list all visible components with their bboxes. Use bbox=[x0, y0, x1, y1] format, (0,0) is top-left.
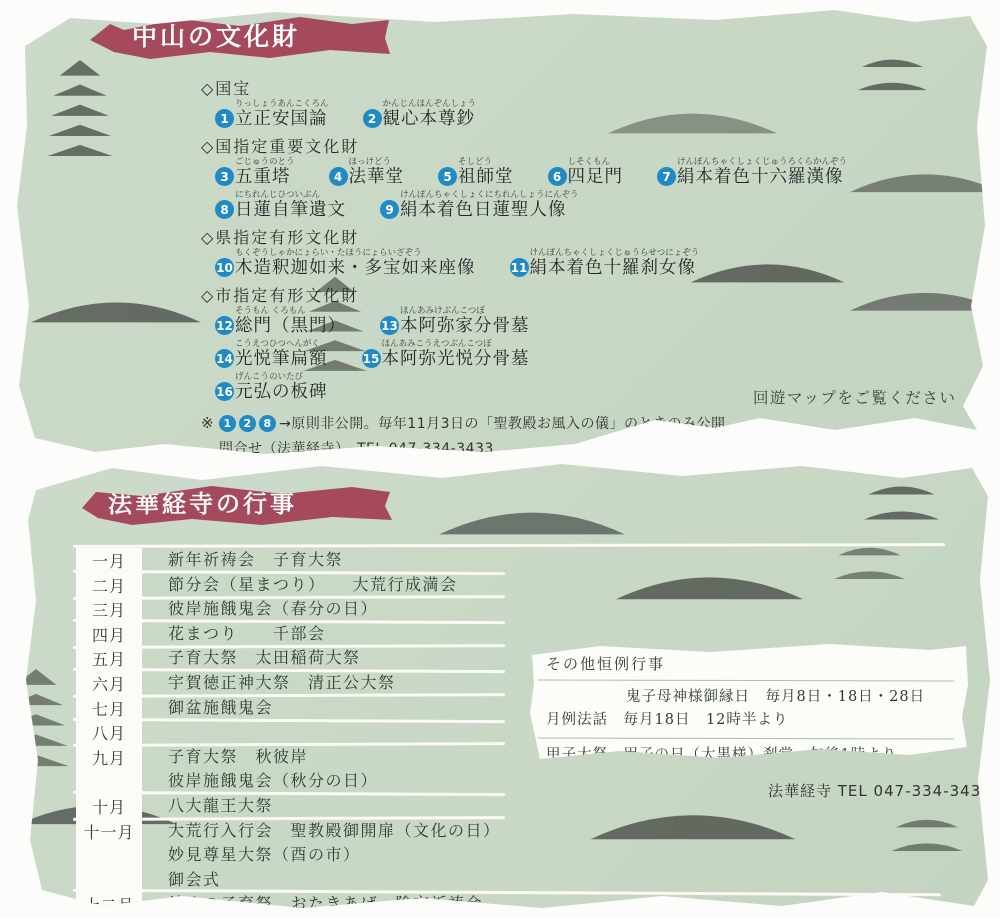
item-name: 木造釈迦如来・多宝如来座像 bbox=[235, 258, 476, 279]
heritage-item: 4 ほっけどう法華堂 bbox=[329, 158, 405, 188]
other-events-title: その他恒例行事 bbox=[546, 653, 954, 674]
item-furigana: げんこうのいたび bbox=[235, 373, 303, 382]
item-furigana: しそくもん bbox=[568, 158, 611, 167]
item-number-badge: 15 bbox=[362, 349, 381, 368]
section-title-banner: 法華経寺の行事 bbox=[82, 484, 394, 526]
temple-phone-contact: 法華経寺 TEL 047-334-3433 bbox=[768, 780, 992, 801]
month-cell: 十一月 bbox=[76, 819, 142, 893]
item-furigana: にちれんじひついぶん bbox=[235, 191, 320, 200]
heritage-item: 5 そしどう祖師堂 bbox=[438, 158, 514, 188]
item-furigana: けんぽんちゃくしょくにちれんしょうにんぞう bbox=[400, 191, 579, 200]
heritage-item: 12 そうもん くろもん総門（黒門） bbox=[215, 307, 346, 337]
item-name: 本阿弥家分骨墓 bbox=[400, 316, 530, 337]
other-event-entry: 月例法話 毎月18日 12時半より bbox=[546, 709, 954, 732]
category-heading-national-important: ◇国指定重要文化財 bbox=[201, 137, 981, 157]
note-contact: 問合せ（法華経寺） TEL 047-334-3433 bbox=[219, 438, 981, 458]
item-furigana: ごじゅうのとう bbox=[235, 158, 295, 167]
box-divider bbox=[538, 679, 954, 681]
month-cell: 九月 bbox=[76, 745, 142, 794]
month-cell: 七月 bbox=[76, 696, 142, 721]
item-name: 四足門 bbox=[568, 167, 624, 188]
event-text: 妙見尊星大祭（酉の市） bbox=[168, 843, 501, 868]
item-name: 法華堂 bbox=[349, 167, 405, 188]
section-title: 法華経寺の行事 bbox=[108, 490, 297, 518]
note-number-badge: 8 bbox=[259, 415, 276, 432]
month-cell: 六月 bbox=[76, 671, 142, 696]
item-furigana: こうえつひつへんがく bbox=[235, 340, 320, 349]
item-furigana: ほっけどう bbox=[349, 158, 392, 167]
item-number-badge: 14 bbox=[215, 349, 234, 368]
note-number-badge: 1 bbox=[219, 415, 236, 432]
item-line: 1 りっしょうあんこくろん立正安国論 2 かんじんほんぞんしょう観心本尊鈔 bbox=[215, 100, 981, 130]
row-divider bbox=[73, 914, 633, 918]
event-text: 節分会（星まつり） 大荒行成満会 bbox=[168, 573, 458, 598]
heritage-item: 13 ほんあみけぶんこつぼ本阿弥家分骨墓 bbox=[380, 307, 530, 337]
item-furigana: かんじんほんぞんしょう bbox=[383, 100, 477, 109]
heritage-item: 3 ごじゅうのとう五重塔 bbox=[215, 158, 295, 188]
item-line: 14 こうえつひつへんがく光悦筆扁額 15 ほんあみこうえつぶんこつぼ本阿弥光悦… bbox=[215, 340, 981, 370]
item-furigana: もくぞうしゃかにょらい・たほうにょらいざぞう bbox=[235, 249, 422, 258]
table-row: 十二月 納めの子育祭 おたきあげ 除夜祈祷会 bbox=[76, 892, 966, 917]
item-number-badge: 11 bbox=[510, 258, 529, 277]
section-title: 中山の文化財 bbox=[132, 22, 300, 51]
pagoda-illustration bbox=[45, 51, 115, 241]
item-number-badge: 7 bbox=[657, 167, 676, 186]
event-text: 大荒行入行会 聖教殿御開扉（文化の日） bbox=[168, 819, 501, 844]
item-number-badge: 13 bbox=[380, 316, 399, 335]
event-text: 子育大祭 秋彼岸 bbox=[168, 745, 378, 770]
event-text: 花まつり 千部会 bbox=[168, 622, 326, 647]
event-text: 宇賀徳正神大祭 清正公大祭 bbox=[168, 671, 396, 696]
month-cell: 八月 bbox=[76, 720, 142, 745]
item-number-badge: 9 bbox=[380, 200, 399, 219]
category-heading-prefectural: ◇県指定有形文化財 bbox=[201, 228, 981, 248]
month-cell: 四月 bbox=[76, 622, 142, 647]
table-row: 四月 花まつり 千部会 bbox=[76, 622, 966, 647]
heritage-item: 7 けんぽんちゃくしょくじゅうろくらかんぞう絹本着色十六羅漢像 bbox=[657, 158, 847, 188]
item-name: 元弘の板碑 bbox=[235, 382, 328, 403]
heritage-item: 16 げんこうのいたび元弘の板碑 bbox=[215, 373, 328, 403]
item-name: 立正安国論 bbox=[235, 109, 328, 130]
item-name: 総門（黒門） bbox=[235, 316, 346, 337]
heritage-item: 6 しそくもん四足門 bbox=[548, 158, 624, 188]
table-row: 十一月 大荒行入行会 聖教殿御開扉（文化の日） 妙見尊星大祭（酉の市） 御会式 bbox=[76, 819, 966, 893]
table-row: 一月 新年祈祷会 子育大祭 bbox=[76, 548, 966, 573]
month-cell: 一月 bbox=[76, 548, 142, 573]
item-line: 3 ごじゅうのとう五重塔 4 ほっけどう法華堂 5 そしどう祖師堂 6 しそくも… bbox=[215, 158, 981, 188]
item-furigana: そしどう bbox=[458, 158, 492, 167]
item-line: 12 そうもん くろもん総門（黒門） 13 ほんあみけぶんこつぼ本阿弥家分骨墓 bbox=[215, 307, 981, 337]
item-furigana: けんぽんちゃくしょくじゅうらせつにょぞう bbox=[530, 249, 700, 258]
item-number-badge: 5 bbox=[438, 167, 457, 186]
item-number-badge: 6 bbox=[548, 167, 567, 186]
heritage-item: 2 かんじんほんぞんしょう観心本尊鈔 bbox=[363, 100, 477, 130]
item-name: 日蓮自筆遺文 bbox=[235, 200, 346, 221]
events-paper: 法華経寺の行事 一月 新年祈祷会 子育大祭 二月 節分会（星まつり） 大荒行成満… bbox=[22, 460, 994, 918]
note-number-badge: 2 bbox=[239, 415, 256, 432]
event-text: 御盆施餓鬼会 bbox=[168, 696, 273, 721]
month-cell: 十二月 bbox=[76, 892, 142, 917]
section-title-banner: 中山の文化財 bbox=[90, 14, 390, 61]
event-text: 彼岸施餓鬼会（秋分の日） bbox=[168, 769, 378, 794]
item-furigana: りっしょうあんこくろん bbox=[235, 100, 329, 109]
month-cell: 十月 bbox=[76, 794, 142, 819]
heritage-item: 11 けんぽんちゃくしょくじゅうらせつにょぞう絹本着色十羅刹女像 bbox=[510, 249, 700, 279]
event-text: 新年祈祷会 子育大祭 bbox=[168, 548, 343, 573]
item-number-badge: 3 bbox=[215, 167, 234, 186]
note-marker: ※ bbox=[201, 414, 214, 432]
item-number-badge: 8 bbox=[215, 200, 234, 219]
box-divider bbox=[538, 737, 954, 739]
item-name: 五重塔 bbox=[235, 167, 291, 188]
item-name: 観心本尊鈔 bbox=[383, 109, 476, 130]
item-number-badge: 10 bbox=[215, 258, 234, 277]
event-text: 子育大祭 太田稲荷大祭 bbox=[168, 646, 361, 671]
item-furigana: ほんあみけぶんこつぼ bbox=[400, 307, 485, 316]
item-furigana: けんぽんちゃくしょくじゅうろくらかんぞう bbox=[677, 158, 847, 167]
other-events-box: その他恒例行事 鬼子母神様御縁日 毎月8日・18日・28日 月例法話 毎月18日… bbox=[530, 643, 968, 763]
item-number-badge: 1 bbox=[215, 109, 234, 128]
item-furigana: そうもん くろもん bbox=[235, 307, 306, 316]
item-name: 祖師堂 bbox=[458, 167, 514, 188]
heritage-paper: 中山の文化財 ◇国宝 1 りっしょうあんこくろん立正安国論 2 かんじんほんぞん… bbox=[15, 6, 990, 458]
note-line: ※ 1 2 8 →原則非公開。毎年11月3日の「聖教殿お風入の儀」のときのみ公開… bbox=[201, 413, 981, 433]
heritage-item: 14 こうえつひつへんがく光悦筆扁額 bbox=[215, 340, 328, 370]
heritage-item: 8 にちれんじひついぶん日蓮自筆遺文 bbox=[215, 191, 346, 221]
item-number-badge: 16 bbox=[215, 382, 234, 401]
category-heading-national-treasure: ◇国宝 bbox=[201, 79, 981, 99]
heritage-item: 15 ほんあみこうえつぶんこつぼ本阿弥光悦分骨墓 bbox=[362, 340, 530, 370]
item-name: 絹本着色十羅刹女像 bbox=[530, 258, 697, 279]
item-number-badge: 4 bbox=[329, 167, 348, 186]
category-heading-municipal: ◇市指定有形文化財 bbox=[201, 286, 981, 306]
event-text: 彼岸施餓鬼会（春分の日） bbox=[168, 597, 378, 622]
other-event-entry: 鬼子母神様御縁日 毎月8日・18日・28日 bbox=[546, 686, 954, 709]
item-name: 絹本着色日蓮聖人像 bbox=[400, 200, 567, 221]
item-name: 光悦筆扁額 bbox=[235, 349, 328, 370]
item-name: 絹本着色十六羅漢像 bbox=[677, 167, 844, 188]
item-line: 8 にちれんじひついぶん日蓮自筆遺文 9 けんぽんちゃくしょくにちれんしょうにん… bbox=[215, 191, 981, 221]
table-row: 二月 節分会（星まつり） 大荒行成満会 bbox=[76, 573, 966, 598]
item-number-badge: 12 bbox=[215, 316, 234, 335]
item-line: 10 もくぞうしゃかにょらい・たほうにょらいざぞう木造釈迦如来・多宝如来座像 1… bbox=[215, 249, 981, 279]
item-furigana: ほんあみこうえつぶんこつぼ bbox=[382, 340, 492, 349]
month-cell: 二月 bbox=[76, 573, 142, 598]
note-text: →原則非公開。毎年11月3日の「聖教殿お風入の儀」のときのみ公開。 bbox=[279, 413, 740, 433]
event-text: 納めの子育祭 おたきあげ 除夜祈祷会 bbox=[168, 892, 483, 917]
heritage-item: 1 りっしょうあんこくろん立正安国論 bbox=[215, 100, 329, 130]
table-row: 三月 彼岸施餓鬼会（春分の日） bbox=[76, 597, 966, 622]
map-reference-note: 回遊マップをご覧ください bbox=[753, 386, 956, 408]
item-name: 本阿弥光悦分骨墓 bbox=[382, 349, 530, 370]
heritage-list: ◇国宝 1 りっしょうあんこくろん立正安国論 2 かんじんほんぞんしょう観心本尊… bbox=[201, 72, 981, 514]
heritage-item: 9 けんぽんちゃくしょくにちれんしょうにんぞう絹本着色日蓮聖人像 bbox=[380, 191, 579, 221]
event-text: 八大龍王大祭 bbox=[168, 794, 273, 819]
temple-hall-illustration bbox=[23, 274, 209, 392]
item-number-badge: 2 bbox=[363, 109, 382, 128]
heritage-item: 10 もくぞうしゃかにょらい・たほうにょらいざぞう木造釈迦如来・多宝如来座像 bbox=[215, 249, 476, 279]
